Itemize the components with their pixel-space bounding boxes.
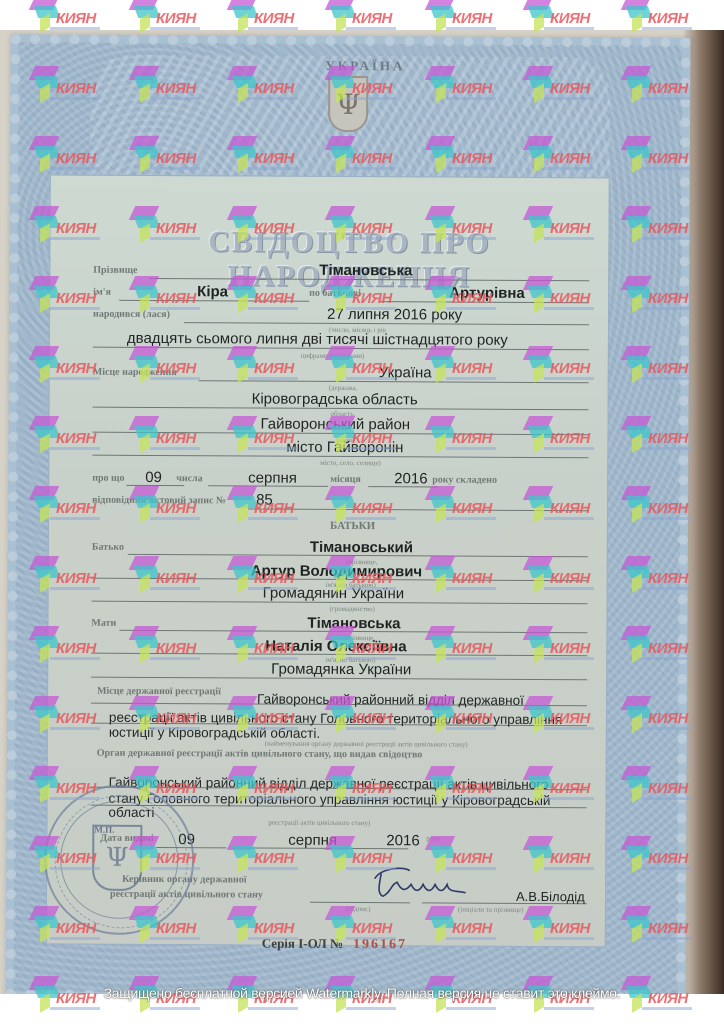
issue-year-suffix: року [426, 834, 440, 842]
background-desk [684, 30, 724, 994]
trident-emblem-icon: Ψ [328, 76, 368, 132]
child-surname: Тімановська [319, 262, 412, 279]
official-stamp: Ψ [44, 784, 195, 935]
issue-month: серпня [288, 832, 337, 849]
act-record-label: відповідний актовий запис № [92, 495, 226, 507]
watermarkly-notice: Защищено бесплатной версией Watermarkly.… [0, 985, 724, 1001]
top-watermark-strip [0, 0, 724, 30]
birth-words-hint: цифрами та словами) [301, 352, 365, 360]
mother-citizenship: Громадянка України [271, 661, 411, 679]
birthplace-district: Гайворонський район [260, 416, 410, 434]
child-patronymic: Артурівна [449, 285, 525, 302]
signature-icon [361, 862, 481, 903]
serial-number: Серія І-ОЛ №196167 [262, 936, 407, 954]
birth-date-digits: 27 липня 2016 року [327, 306, 462, 324]
issue-year: 2016 [386, 832, 419, 849]
father-name: Артур Володимирович [251, 562, 423, 580]
child-name: Кіра [197, 283, 228, 300]
parents-heading: БАТЬКИ [330, 520, 375, 532]
act-record-number: 85 [256, 492, 273, 509]
city-hint: місто, село, селище) [320, 459, 381, 467]
mother-name: Наталія Олексіївна [265, 638, 406, 656]
record-month-label: місяця [330, 474, 361, 485]
registration-hint: (найменування органу державної реєстраці… [265, 740, 468, 749]
born-label: народився (лася) [93, 309, 170, 320]
signatory-name: А.В.Білодід [516, 889, 585, 904]
birth-certificate: УКРАЇНА Ψ СВІДОЦТВО ПРО НАРОДЖЕННЯ Прізв… [5, 34, 690, 994]
stamp-ring-text [46, 786, 197, 937]
country-heading: УКРАЇНА [310, 58, 420, 75]
patronymic-label: по батькові [309, 288, 361, 299]
registration-text-1: Гайворонський районний відділ державної [257, 692, 524, 708]
birth-date-words: двадцять сьомого липня дві тисячі шістна… [127, 330, 508, 349]
issuer-label: Орган державної реєстрації актів цивільн… [97, 748, 423, 761]
record-day: 09 [145, 469, 162, 486]
birthplace-label: Місце народження [93, 367, 177, 378]
father-surname: Тімановський [310, 539, 413, 557]
signatory-name-hint: (ініціали та прізвище) [458, 906, 524, 914]
birthplace-city: місто Гайворонін [286, 439, 403, 457]
stamp-label: М.П. [94, 825, 114, 835]
record-year-label: року складено [432, 474, 497, 485]
signature-hint: (підпис) [346, 905, 371, 913]
mother-label: Мати [91, 618, 116, 629]
birthplace-country: Україна [379, 364, 432, 381]
birthplace-region: Кіровоградська область [252, 390, 418, 408]
record-year: 2016 [394, 470, 427, 487]
name-label: ім'я [93, 287, 111, 298]
document-photo: УКРАЇНА Ψ СВІДОЦТВО ПРО НАРОДЖЕННЯ Прізв… [0, 30, 724, 994]
registration-text-3: юстиції у Кіровоградській області. [109, 725, 320, 741]
surname-label: Прізвище [93, 265, 137, 276]
registration-label: Місце державної реєстрації [97, 686, 221, 698]
record-day-label: числа [176, 473, 203, 484]
record-month: серпня [248, 469, 297, 486]
issuer-hint: реєстрації актів цивільного стану) [268, 819, 370, 828]
father-label: Батько [92, 542, 124, 553]
record-prefix: про що [92, 473, 124, 484]
father-citizenship: Громадянин України [263, 585, 405, 603]
father-citizenship-hint: (громадянство) [330, 605, 375, 613]
serial-label: Серія І-ОЛ № [262, 936, 343, 951]
serial-number-value: 196167 [353, 937, 407, 952]
mother-surname: Тімановська [307, 615, 400, 632]
